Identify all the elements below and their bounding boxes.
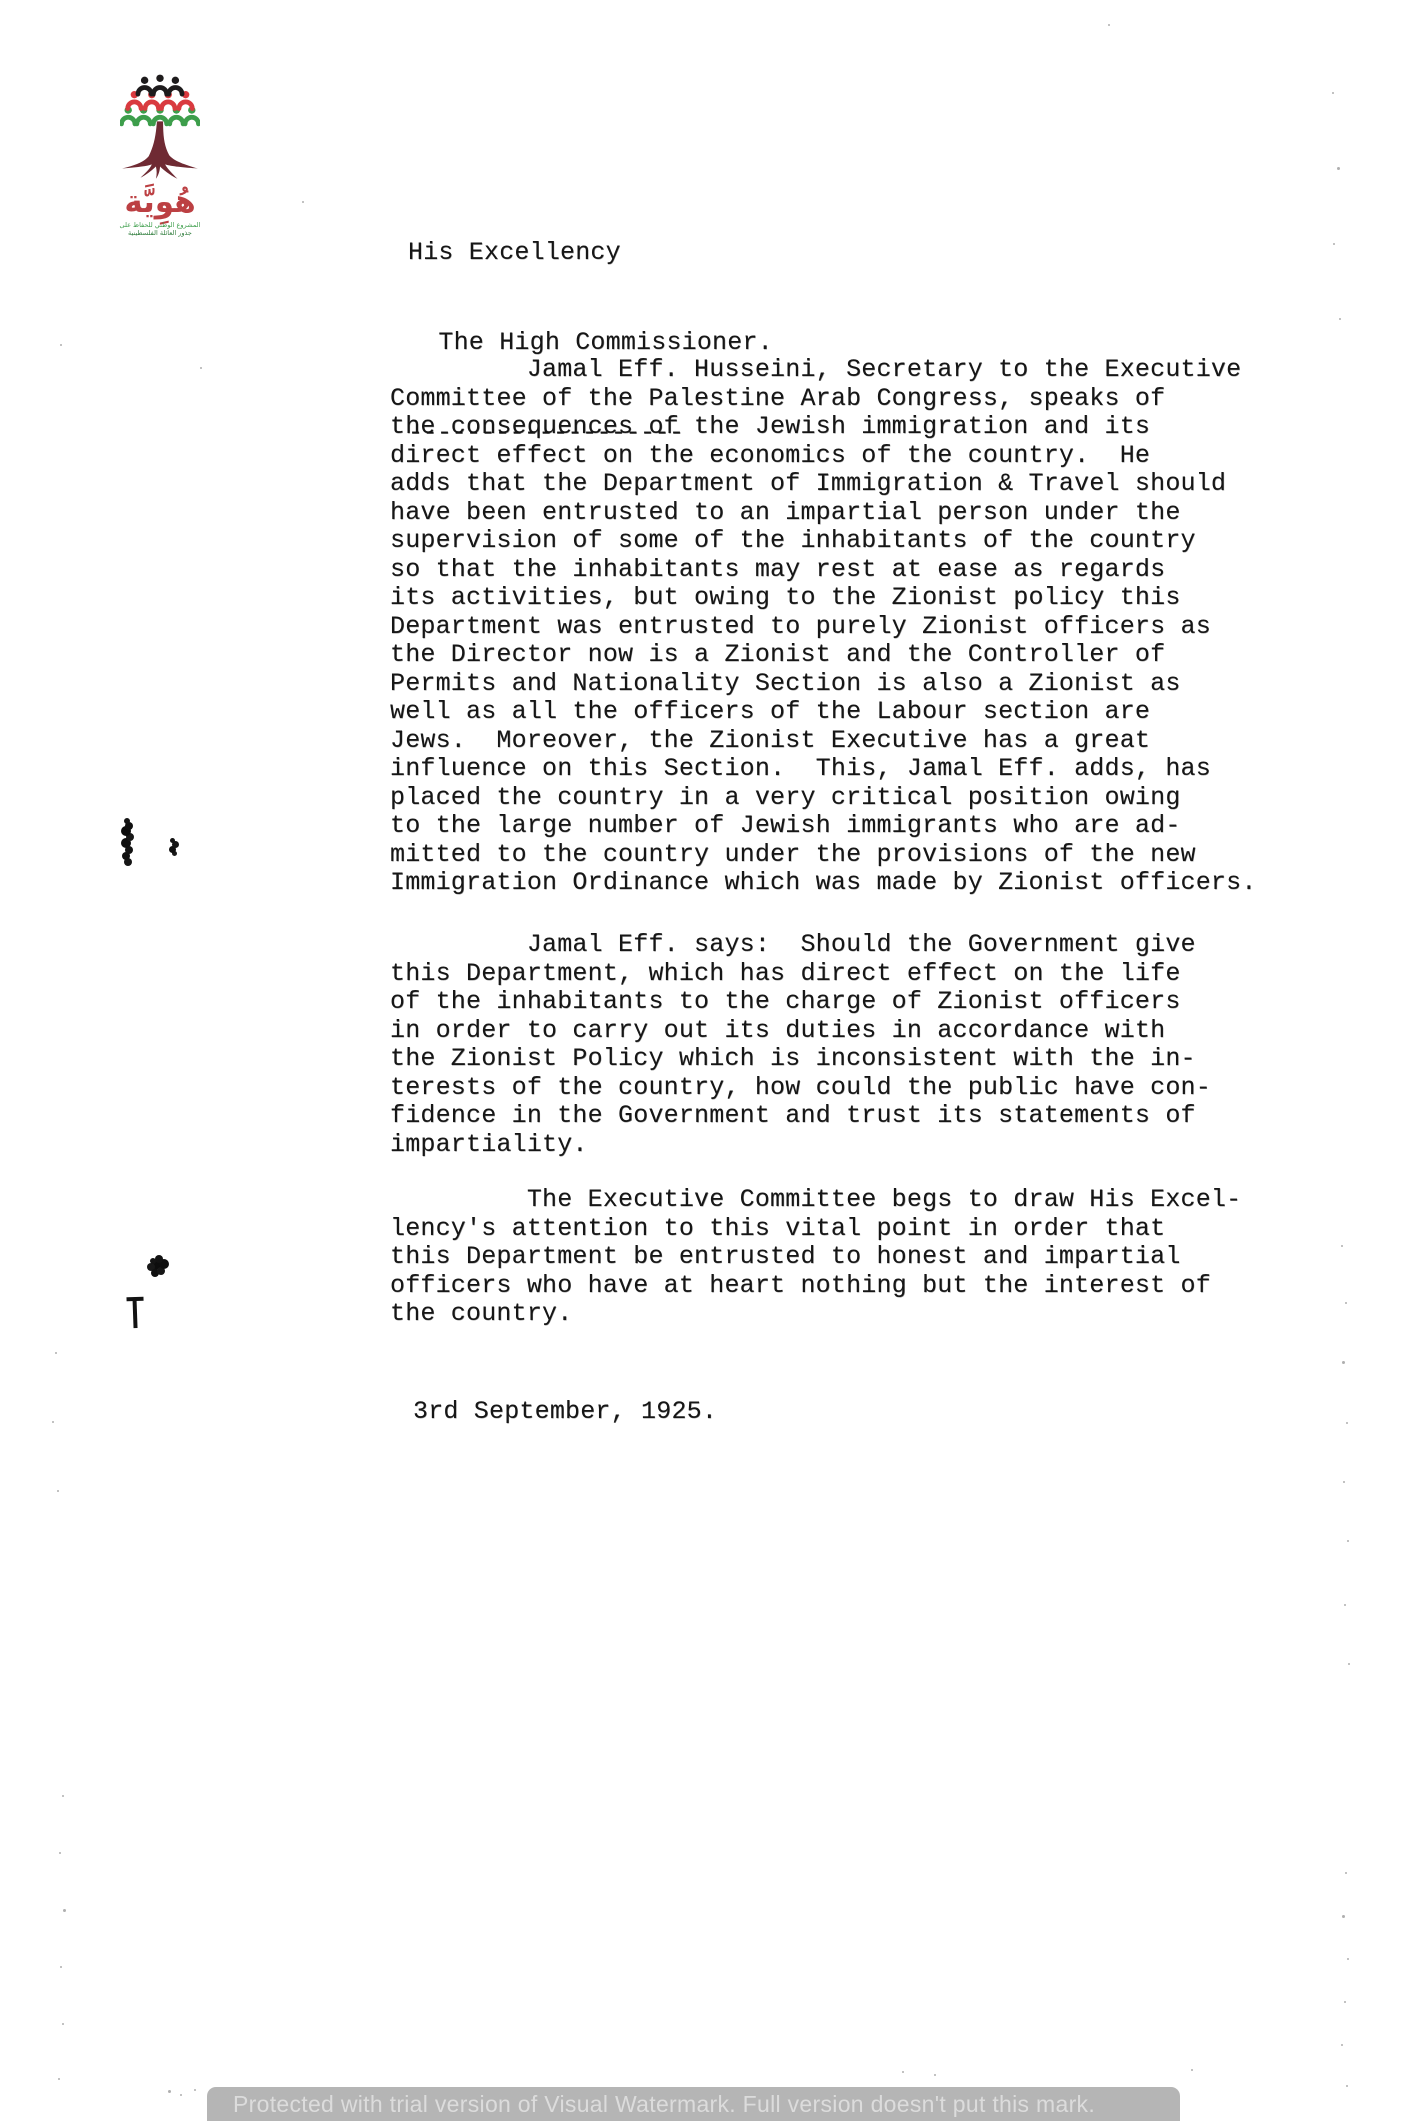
scan-noise-speck [1343,1481,1345,1483]
scan-noise-speck [55,1352,57,1354]
scan-noise-speck [1191,2069,1193,2071]
scan-noise-speck [1342,1915,1345,1918]
scan-noise-speck [60,1966,62,1968]
scan-noise-speck [63,1909,66,1912]
scan-noise-speck [1344,1604,1346,1606]
scan-noise-speck [1108,24,1110,26]
scan-noise-speck [1347,1540,1349,1542]
scan-noise-speck [168,2090,171,2093]
scan-noise-speck [1337,167,1340,170]
scan-noise-speck [194,2089,196,2091]
watermark-text: Protected with trial version of Visual W… [207,2087,1180,2121]
ink-blot-lower-margin [150,1258,156,1264]
organization-logo: هُوِيَّة المشروع الوطني للحفاظ على جذور … [114,70,206,237]
scan-noise-speck [58,2078,60,2080]
scan-noise-speck [200,367,202,369]
scan-noise-speck [934,2074,936,2076]
addressee-line2: The High Commissioner. [408,328,773,358]
scan-noise-speck [60,344,62,346]
ink-dot-left-margin [170,838,175,843]
ink-t-mark-lower-margin [126,1297,144,1329]
scan-noise-speck [1332,92,1334,94]
scan-noise-speck [59,1852,61,1854]
watermark-bar: Protected with trial version of Visual W… [207,2087,1180,2121]
logo-wordmark: هُوِيَّة [114,185,206,219]
ink-smudge-left-margin [124,818,130,824]
scan-noise-speck [1348,1663,1350,1665]
addressee-line1: His Excellency [408,238,773,268]
logo-tagline-line1: المشروع الوطني للحفاظ على [114,221,206,229]
scan-noise-speck [1346,2085,1348,2087]
scan-noise-speck [62,1795,64,1797]
scan-noise-speck [52,1421,54,1423]
logo-tagline-line2: جذور العائلة الفلسطينية [114,229,206,237]
paragraph-3: The Executive Committee begs to draw His… [390,1186,1241,1329]
date-line: 3rd September, 1925. [413,1398,717,1427]
scan-noise-speck [302,201,304,203]
scan-noise-speck [1333,243,1335,245]
scan-noise-speck [1346,1422,1348,1424]
scan-noise-speck [1347,1958,1349,1960]
tree-of-people-icon [120,70,200,185]
scan-noise-speck [1345,1302,1347,1304]
scan-noise-speck [1342,1361,1345,1364]
scan-noise-speck [1345,1872,1347,1874]
scanned-letter-page: هُوِيَّة المشروع الوطني للحفاظ على جذور … [0,0,1419,2121]
scan-noise-speck [1341,1245,1343,1247]
paragraph-1: Jamal Eff. Husseini, Secretary to the Ex… [390,356,1257,898]
scan-noise-speck [180,2094,182,2096]
scan-noise-speck [1344,2001,1346,2003]
scan-noise-speck [62,2023,64,2025]
scan-noise-speck [1341,2044,1343,2046]
scan-noise-speck [57,1490,59,1492]
scan-noise-speck [902,2071,904,2073]
scan-noise-speck [1339,318,1341,320]
paragraph-2: Jamal Eff. says: Should the Government g… [390,931,1211,1159]
logo-tagline: المشروع الوطني للحفاظ على جذور العائلة ا… [114,221,206,237]
